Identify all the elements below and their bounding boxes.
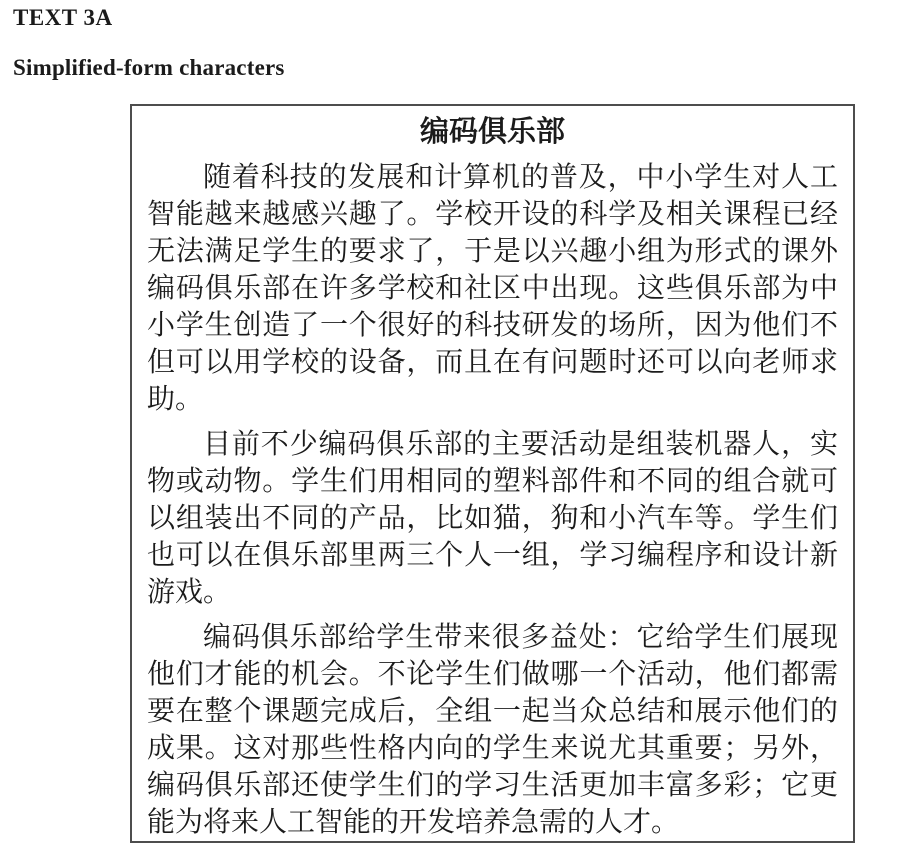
page-subtitle: Simplified-form characters: [13, 55, 285, 81]
passage-paragraph: 随着科技的发展和计算机的普及，中小学生对人工智能越来越感兴趣了。学校开设的科学及…: [147, 159, 838, 418]
page: TEXT 3A Simplified-form characters 编码俱乐部…: [0, 0, 910, 852]
passage-paragraph: 目前不少编码俱乐部的主要活动是组装机器人，实物或动物。学生们用相同的塑料部件和不…: [147, 426, 838, 611]
page-label: TEXT 3A: [13, 5, 113, 31]
passage-paragraph: 编码俱乐部给学生带来很多益处：它给学生们展现他们才能的机会。不论学生们做哪一个活…: [147, 619, 838, 841]
passage-box: 编码俱乐部 随着科技的发展和计算机的普及，中小学生对人工智能越来越感兴趣了。学校…: [130, 104, 855, 843]
passage-title: 编码俱乐部: [147, 114, 838, 151]
